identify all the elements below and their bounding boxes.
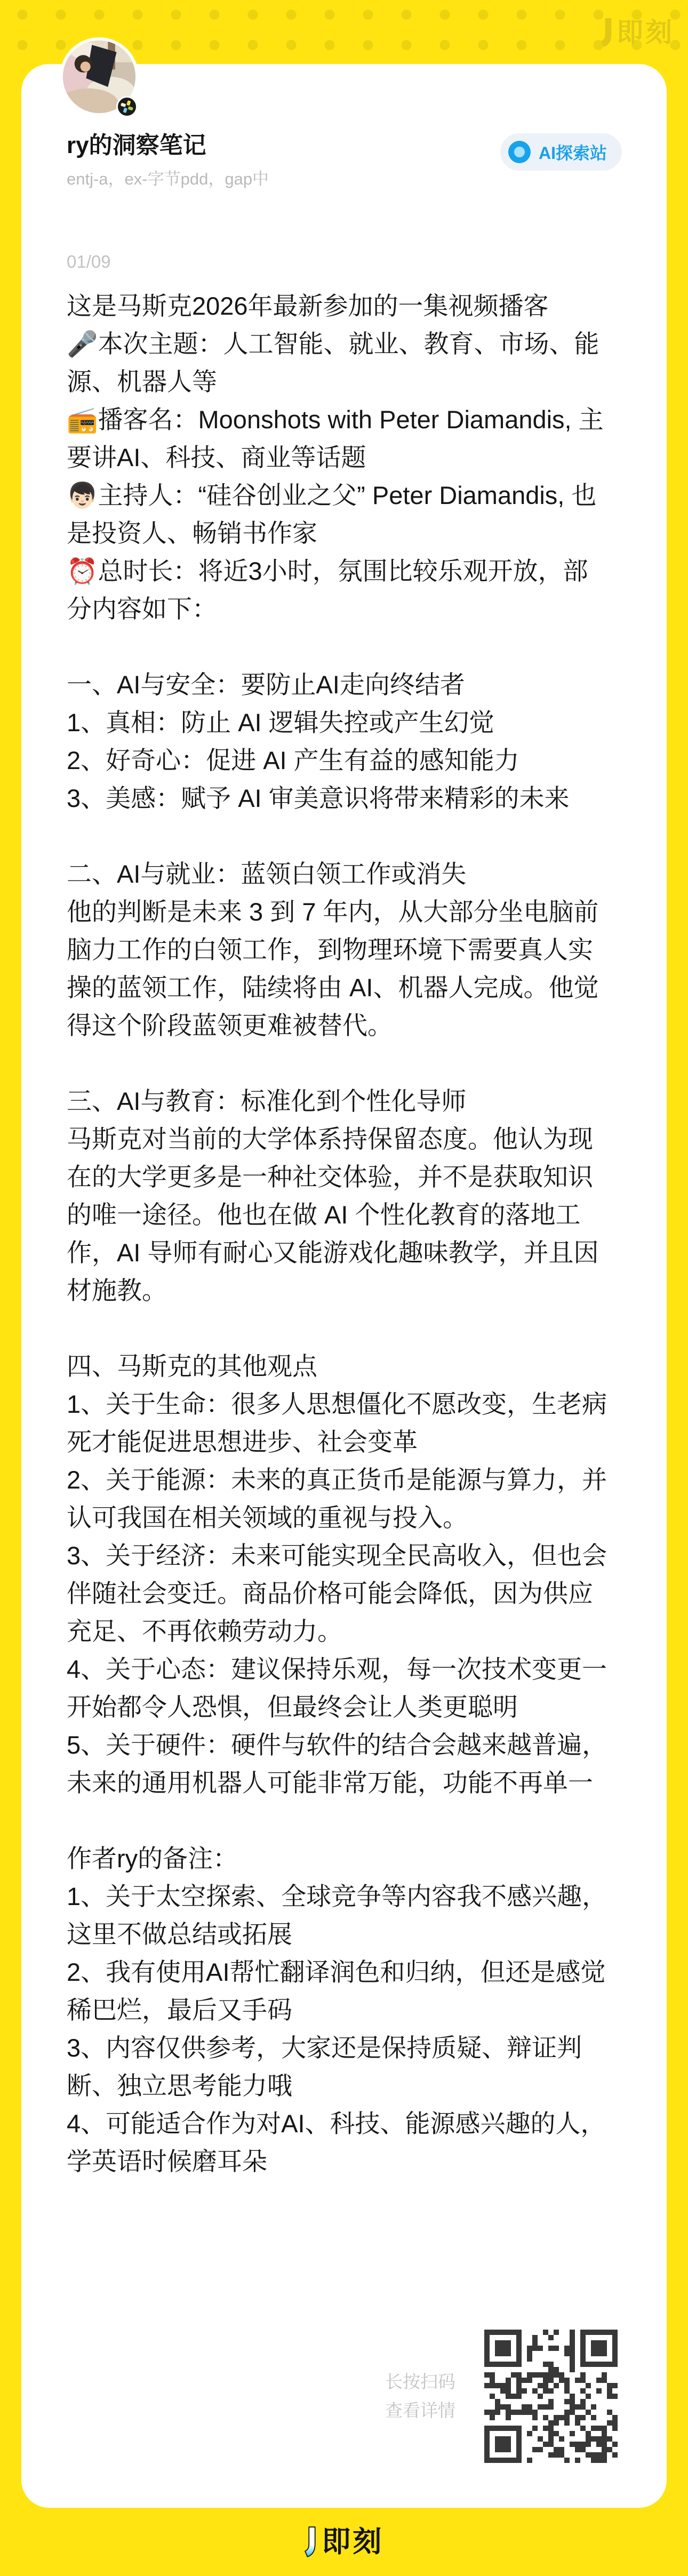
body-paragraph: 三、AI与教育：标准化到个性化导师 [67,1082,607,1120]
jike-j-icon [601,18,612,47]
body-paragraph: 4、可能适合作为对AI、科技、能源感兴趣的人，学英语时候磨耳朵 [67,2105,607,2180]
topic-badge-label: AI探索站 [539,140,607,164]
body-paragraph: 2、关于能源：未来的真正货币是能源与算力，并认可我国在相关领域的重视与投入。 [67,1461,607,1537]
body-paragraph: 这是马斯克2026年最新参加的一集视频播客 [67,287,607,325]
body-paragraph: 1、关于太空探索、全球竞争等内容我不感兴趣，这里不做总结或拓展 [67,1877,607,1953]
qr-caption: 长按扫码 查看详情 [385,2367,455,2425]
avatar[interactable] [60,37,139,116]
body-paragraph: 👦🏻主持人：“硅谷创业之父” Peter Diamandis, 也是投资人、畅销… [67,476,607,552]
body-paragraph: 5、关于硬件：硬件与软件的结合会越来越普遍，未来的通用机器人可能非常万能，功能不… [67,1726,607,1802]
body-paragraph: 二、AI与就业：蓝领白领工作或消失 [67,855,607,893]
footer-brand: 即刻 [0,2508,688,2576]
profile-subtitle: entj-a，ex-字节pdd，gap中 [67,165,269,189]
body-paragraph: 2、我有使用AI帮忙翻译润色和归纳，但还是感觉稀巴烂，最后又手码 [67,1953,607,2029]
footer-brand-label: 即刻 [322,2527,383,2556]
body-section: 这是马斯克2026年最新参加的一集视频播客🎤本次主题：人工智能、就业、教育、市场… [67,287,607,628]
body-section: 二、AI与就业：蓝领白领工作或消失他的判断是未来 3 到 7 年内，从大部分坐电… [67,855,607,1044]
note-body: 这是马斯克2026年最新参加的一集视频播客🎤本次主题：人工智能、就业、教育、市场… [67,287,607,2180]
jike-j-icon [305,2526,317,2557]
body-section: 四、马斯克的其他观点1、关于生命：很多人思想僵化不愿改变，生老病死才能促进思想进… [67,1347,607,1802]
profile-name: ry的洞察笔记 [67,126,206,160]
content-card: ry的洞察笔记 entj-a，ex-字节pdd，gap中 AI探索站 01/09… [21,64,667,2508]
page-indicator: 01/09 [67,252,111,272]
pinwheel-icon [120,100,134,114]
body-section: 作者ry的备注：1、关于太空探索、全球竞争等内容我不感兴趣，这里不做总结或拓展2… [67,1839,607,2180]
body-paragraph: 🎤本次主题：人工智能、就业、教育、市场、能源、机器人等 [67,325,607,401]
qr-code[interactable] [484,2330,618,2463]
body-paragraph: 2、好奇心：促进 AI 产生有益的感知能力 [67,741,607,779]
share-card-screenshot: { "header": { "brand_watermark": "即刻", "… [0,0,688,2576]
body-paragraph: ⏰总时长：将近3小时，氛围比较乐观开放，部分内容如下： [67,552,607,628]
body-paragraph: 他的判断是未来 3 到 7 年内，从大部分坐电脑前脑力工作的白领工作，到物理环境… [67,893,607,1044]
body-paragraph: 1、真相：防止 AI 逻辑失控或产生幻觉 [67,703,607,741]
body-paragraph: 一、AI与安全：要防止AI走向终结者 [67,666,607,703]
topic-circle-icon [508,141,531,163]
body-paragraph: 3、关于经济：未来可能实现全民高收入，但也会伴随社会变迁。商品价格可能会降低，因… [67,1537,607,1650]
body-section: 三、AI与教育：标准化到个性化导师马斯克对当前的大学体系持保留态度。他认为现在的… [67,1082,607,1309]
body-paragraph: 4、关于心态：建议保持乐观，每一次技术变更一开始都令人恐惧，但最终会让人类更聪明 [67,1650,607,1726]
topic-badge[interactable]: AI探索站 [500,133,622,171]
body-paragraph: 3、内容仅供参考，大家还是保持质疑、辩证判断、独立思考能力哦 [67,2029,607,2105]
body-paragraph: 四、马斯克的其他观点 [67,1347,607,1385]
jike-watermark-logo: 即刻 [601,18,674,47]
qr-caption-line1: 长按扫码 [385,2367,455,2396]
body-paragraph: 1、关于生命：很多人思想僵化不愿改变，生老病死才能促进思想进步、社会变革 [67,1385,607,1461]
qr-section: 长按扫码 查看详情 [385,2330,618,2463]
body-paragraph: 📻播客名：Moonshots with Peter Diamandis, 主要讲… [67,401,607,476]
body-paragraph: 3、美感：赋予 AI 审美意识将带来精彩的未来 [67,779,607,817]
avatar-badge [116,96,138,117]
body-paragraph: 马斯克对当前的大学体系持保留态度。他认为现在的大学更多是一种社交体验，并不是获取… [67,1120,607,1309]
body-section: 一、AI与安全：要防止AI走向终结者1、真相：防止 AI 逻辑失控或产生幻觉2、… [67,666,607,817]
jike-watermark-label: 即刻 [617,19,674,46]
qr-caption-line2: 查看详情 [385,2396,455,2425]
body-paragraph: 作者ry的备注： [67,1839,607,1877]
